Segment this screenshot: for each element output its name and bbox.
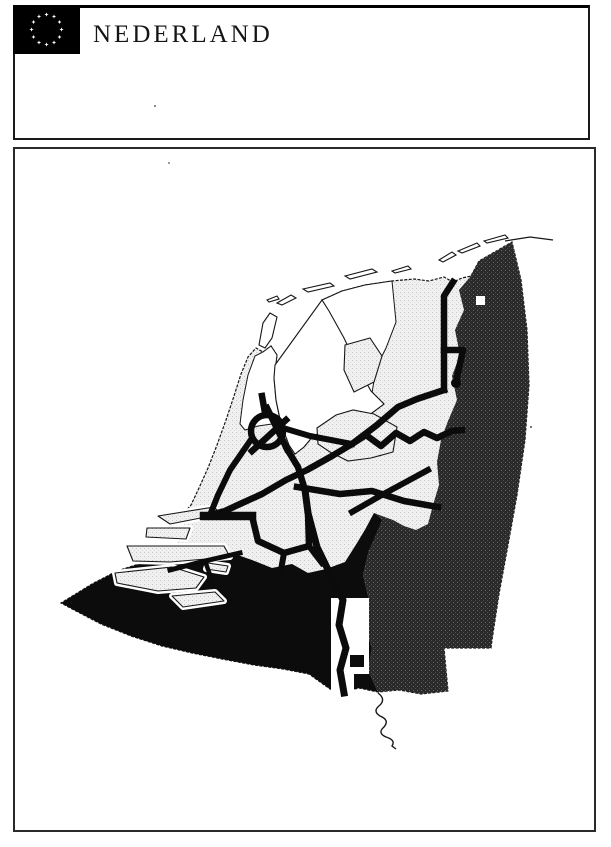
scan-speck	[530, 426, 532, 428]
scan-speck	[168, 162, 170, 164]
eu-flag-stars	[13, 5, 80, 54]
map-panel	[13, 147, 596, 832]
page-title: NEDERLAND	[93, 21, 273, 49]
scan-speck	[154, 105, 156, 107]
document-page: NEDERLAND	[0, 0, 611, 847]
limburg-border-squiggle	[376, 693, 396, 749]
netherlands-map	[15, 149, 594, 830]
shaded-band-notch	[476, 296, 485, 305]
header-box: NEDERLAND	[13, 5, 590, 140]
eu-flag-icon	[13, 5, 80, 54]
